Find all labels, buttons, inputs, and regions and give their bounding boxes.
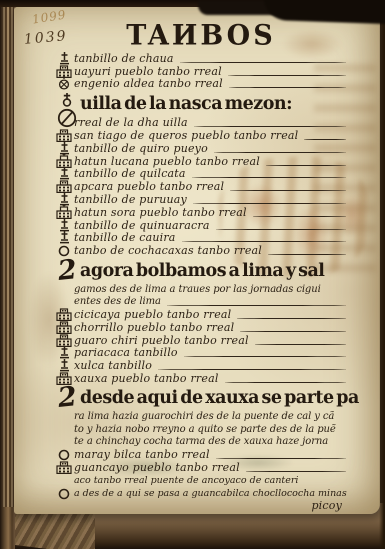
entry-text: hatun lucana pueblo tanbo rreal	[74, 156, 260, 168]
ruled-line	[167, 305, 346, 306]
tambo-entry-row: tanbillo de quilcata	[54, 168, 348, 181]
paragraph-text: gamos des de lima a traues por las jorna…	[74, 284, 321, 296]
paragraph-row: gamos des de lima a traues por las jorna…	[54, 283, 348, 296]
tambo-entry-row: cicicaya pueblo tanbo rreal	[54, 308, 348, 321]
ruled-line	[240, 331, 346, 332]
entry-text: san tiago de queros pueblo tanbo rreal	[74, 130, 298, 142]
ruled-line	[182, 241, 346, 242]
tambo-entry-row: guaro chiri pueblo tanbo rreal	[54, 334, 348, 347]
entry-text: maray bilca tanbo rreal	[74, 449, 210, 461]
entry-text: uayuri pueblo tanbo rreal	[74, 66, 222, 78]
ruled-line	[225, 382, 346, 383]
manuscript-page: 1099 1039 TAИBOS tanbillo de chauauayuri…	[14, 7, 380, 514]
tambo-entry-row: maray bilca tanbo rreal	[54, 448, 348, 461]
tambo-entry-row: tanbillo de puruuay	[54, 193, 348, 206]
entry-text: xauxa pueblo tanbo rreal	[74, 373, 219, 385]
tambo-entry-row: tanbillo de quiro pueyo	[54, 142, 348, 155]
note-text: picoy	[311, 500, 342, 512]
ruled-line	[228, 75, 346, 76]
ruled-line	[180, 62, 346, 63]
entry-text: guaro chiri pueblo tanbo rreal	[74, 335, 249, 347]
tambo-entry-row: tanbillo de chaua	[54, 52, 348, 65]
tambo-entry-row: pariacaca tanbillo	[54, 347, 348, 360]
entry-text: rreal de la dha uilla	[74, 117, 188, 129]
building-icon	[54, 461, 74, 474]
paragraph-row: entes des de lima	[54, 296, 348, 309]
ruled-line	[216, 229, 346, 230]
book-spine-page-edges	[3, 0, 14, 507]
ruled-line	[194, 126, 346, 127]
ruled-line	[184, 356, 346, 357]
ruled-line	[192, 177, 346, 178]
church-icon	[54, 153, 74, 168]
tambo-entry-row: chorrillo pueblo tanbo rreal	[54, 321, 348, 334]
entry-text: pariacaca tanbillo	[74, 347, 178, 359]
tambo-entry-row: rreal de la dha uilla	[54, 116, 348, 129]
entry-text: apcara pueblo tanbo rreal	[74, 181, 224, 193]
cross-icon	[54, 358, 74, 372]
page-content: TAИBOS tanbillo de chauauayuri pueblo ta…	[54, 19, 348, 512]
paragraph-text: entes des de lima	[74, 296, 161, 308]
page-title: TAИBOS	[126, 19, 275, 51]
building-icon	[54, 321, 74, 334]
paragraph-row: ra lima hazia guarochiri des de la puent…	[54, 411, 348, 424]
building-icon	[54, 308, 74, 321]
ruled-line	[246, 471, 346, 472]
entry-text: aco tanbo rreal puente de ancoyaco de ca…	[74, 475, 298, 487]
section-title: agora bolbamos a lima y sal	[80, 260, 324, 282]
tambo-entry-row: guancayo pueblo tanbo rreal	[54, 461, 348, 474]
tambo-entry-row: tanbillo de quinuaracra	[54, 219, 348, 232]
circle-icon	[54, 449, 74, 461]
entry-text: tanbillo de puruuay	[74, 194, 187, 206]
ruled-line	[193, 203, 346, 204]
tambo-entry-row: xulca tanbillo	[54, 359, 348, 372]
paragraph-row: te a chinchay cocha tarma des de xauxa h…	[54, 436, 348, 449]
ruled-line	[158, 369, 346, 370]
ruled-line	[229, 87, 346, 88]
entry-text: cicicaya pueblo tanbo rreal	[74, 309, 231, 321]
ruled-line	[255, 344, 346, 345]
ruled-line	[266, 165, 346, 166]
entry-text: tanbillo de quinuaracra	[74, 220, 210, 232]
mark2-icon: 2	[54, 388, 80, 408]
photo-right-edge	[379, 0, 385, 549]
ruled-line	[304, 139, 346, 140]
orb-icon	[54, 76, 74, 90]
ruled-line	[268, 254, 346, 255]
entry-text: guancayo pueblo tanbo rreal	[74, 462, 240, 474]
paragraph-row: to y hazia nobo rreyno a quito se parte …	[54, 423, 348, 436]
tambo-entry-row: san tiago de queros pueblo tanbo rreal	[54, 129, 348, 142]
tambo-entry-row: uayuri pueblo tanbo rreal	[54, 65, 348, 78]
entry-text: tanbo de cochacaxas tanbo rreal	[74, 245, 262, 257]
paragraph-text: te a chinchay cocha tarma des de xauxa h…	[74, 436, 328, 448]
entry-text: tanbillo de quilcata	[74, 168, 186, 180]
tambo-entry-row: apcara pueblo tanbo rreal	[54, 180, 348, 193]
circle-icon	[54, 488, 74, 500]
tambo-entry-row: a des de a qui se pasa a guancabilca cho…	[54, 487, 348, 500]
tambo-entry-row: tanbo de cochacaxas tanbo rreal	[54, 244, 348, 257]
tambo-entry-row: aco tanbo rreal puente de ancoyaco de ca…	[54, 474, 348, 487]
paragraph-text: ra lima hazia guarochiri des de la puent…	[74, 411, 334, 423]
entry-text: chorrillo pueblo tanbo rreal	[74, 322, 234, 334]
ruled-line	[237, 318, 346, 319]
title-row: TAИBOS	[54, 19, 348, 52]
ruled-line	[253, 216, 346, 217]
entry-text: a des de a qui se pasa a guancabilca cho…	[74, 488, 347, 500]
tambo-entry-row: hatun sora pueblo tanbo rreal	[54, 206, 348, 219]
cross-icon	[54, 166, 74, 180]
note-row: picoy	[54, 500, 348, 512]
section-header-row: uilla de la nasca mezon:	[54, 91, 348, 116]
manuscript-photo: 1099 1039 TAИBOS tanbillo de chauauayuri…	[0, 0, 385, 549]
mark2-icon: 2	[54, 261, 80, 281]
section-header-row: 2agora bolbamos a lima y sal	[54, 258, 348, 283]
entry-text: tanbillo de chaua	[74, 53, 174, 65]
tambo-entry-row: tanbillo de cauira	[54, 232, 348, 245]
tambo-entry-row: engenio aldea tanbo rreal	[54, 78, 348, 91]
tambo-entry-row: hatun lucana pueblo tanbo rreal	[54, 155, 348, 168]
section-title: desde aqui de xauxa se parte pa	[80, 387, 359, 409]
entry-text: tanbillo de cauira	[74, 232, 176, 244]
ruled-line	[230, 190, 346, 191]
tambo-entry-row: xauxa pueblo tanbo rreal	[54, 372, 348, 385]
church-icon	[54, 204, 74, 219]
section-header-row: 2desde aqui de xauxa se parte pa	[54, 386, 348, 411]
orb-cross-icon	[54, 92, 80, 116]
ruled-line	[214, 152, 346, 153]
entry-text: engenio aldea tanbo rreal	[74, 78, 223, 90]
cross-icon	[54, 230, 74, 244]
entry-text: hatun sora pueblo tanbo rreal	[74, 207, 247, 219]
entry-text: xulca tanbillo	[74, 360, 152, 372]
cross-icon	[54, 51, 74, 65]
tambo-list: tanbillo de chauauayuri pueblo tanbo rre…	[54, 52, 348, 512]
paragraph-text: to y hazia nobo rreyno a quito se parte …	[74, 424, 336, 436]
section-title: uilla de la nasca mezon:	[80, 93, 292, 115]
ruled-line	[216, 458, 346, 459]
entry-text: tanbillo de quiro pueyo	[74, 143, 208, 155]
